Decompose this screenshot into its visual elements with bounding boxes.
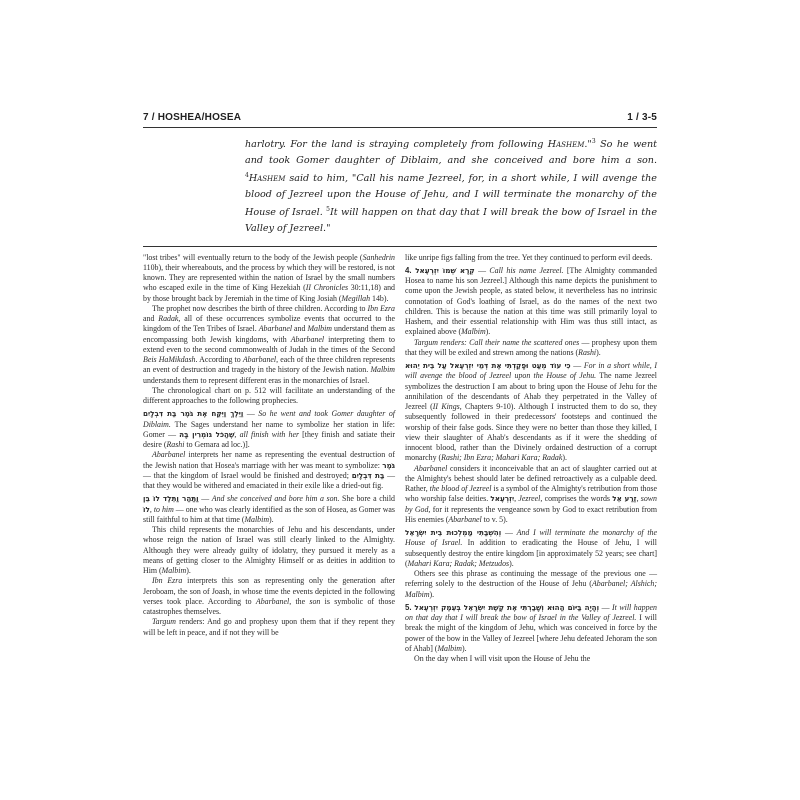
italic-text: Radak	[158, 314, 178, 323]
running-head: 7 / HOSHEA/HOSEA 1 / 3-5	[143, 112, 657, 128]
italic-text: Ibn Ezra	[368, 304, 395, 313]
divine-name: Hashem	[548, 139, 585, 150]
text-run: ).	[509, 559, 514, 568]
italic-text: Malbim	[437, 644, 462, 653]
text-run: יִזְרְעֶאל	[490, 494, 514, 503]
paragraph: Targum renders: And go and prophesy upon…	[143, 617, 395, 638]
text-run: —	[243, 409, 258, 418]
hebrew-lemma: קְרָא שְׁמוֹ יִזְרְעֶאל	[415, 266, 475, 275]
text-run: זֶרַע אֵל	[612, 494, 636, 503]
italic-text: Abarbanel	[152, 450, 185, 459]
text-run: ).	[562, 453, 567, 462]
text-run: 14b).	[370, 294, 388, 303]
text-run: and	[292, 324, 307, 333]
verse-text: harlotry. For the land is straying compl…	[245, 139, 548, 150]
text-run: , comprises the words	[540, 494, 612, 503]
running-head-right: 1 / 3-5	[627, 112, 657, 123]
italic-text: Abarbanel	[243, 355, 276, 364]
paragraph: Abarbanel interprets her name as represe…	[143, 450, 395, 491]
text-run: ).	[486, 327, 491, 336]
text-run: , the	[289, 597, 309, 606]
lemma-paragraph: וַתַּהַר וַתֵּלֶד לוֹ בֵּן — And she con…	[143, 494, 395, 525]
hebrew-lemma: וְהָיָה בַּיּוֹם הַהוּא וְשָׁבַרְתִּי אֶ…	[414, 603, 599, 612]
italic-text: Targum	[152, 617, 176, 626]
italic-text: all finish with her	[240, 430, 299, 439]
verse-text: ."	[584, 139, 591, 150]
lemma-paragraph: כִּי עוֹד מְעַט וּפָקַדְתִּי אֶת דְּמֵי …	[405, 361, 657, 464]
paragraph: like unripe figs falling from the tree. …	[405, 253, 657, 263]
paragraph: On the day when I will visit upon the Ho…	[405, 654, 657, 664]
commentary: "lost tribes" will eventually return to …	[143, 253, 657, 665]
text-run: like unripe figs falling from the tree. …	[405, 253, 652, 262]
verse-number: 4.	[405, 266, 415, 275]
running-head-left: 7 / HOSHEA/HOSEA	[143, 112, 241, 123]
paragraph: "lost tribes" will eventually return to …	[143, 253, 395, 304]
paragraph: Targum renders: Call their name the scat…	[405, 338, 657, 359]
text-run: . According to	[196, 355, 243, 364]
italic-text: Malbim	[370, 365, 395, 374]
italic-text: Malbim	[162, 566, 187, 575]
italic-text: Jezreel	[518, 494, 540, 503]
italic-text: Abarbanel	[448, 515, 481, 524]
text-run: , for it represents the vengeance sown b…	[405, 505, 657, 524]
italic-text: Malbim	[244, 515, 269, 524]
text-run: "lost tribes" will eventually return to …	[143, 253, 363, 262]
verse-translation: harlotry. For the land is straying compl…	[245, 134, 657, 237]
text-run: ).	[430, 590, 435, 599]
paragraph: Others see this phrase as continuing the…	[405, 569, 657, 600]
text-run: renders: And go and prophesy upon them t…	[143, 617, 395, 636]
italic-text: Abarbanel	[291, 335, 324, 344]
text-run: ).	[269, 515, 274, 524]
text-run: [The Almighty commanded Hosea to name hi…	[405, 266, 657, 337]
verse-number: 5.	[405, 603, 414, 612]
lemma-paragraph: 4. קְרָא שְׁמוֹ יִזְרְעֶאל — Call his na…	[405, 266, 657, 338]
paragraph: Abarbanel considers it inconceivable tha…	[405, 464, 657, 526]
text-run: — that the kingdom of Israel would be fi…	[143, 471, 352, 480]
italic-text: to him	[154, 505, 174, 514]
lemma-paragraph: וְהִשְׁבַּתִּי מַמְלְכוּת בֵּית יִשְׂרָא…	[405, 528, 657, 569]
lemma-paragraph: 5. וְהָיָה בַּיּוֹם הַהוּא וְשָׁבַרְתִּי…	[405, 603, 657, 654]
text-run: The prophet now describes the birth of t…	[152, 304, 368, 313]
italic-text: Abarbanel	[259, 324, 292, 333]
hebrew-lemma: וַיֵּלֶךְ וַיִּקַּח אֶת גֹּמֶר בַּת דִּב…	[143, 409, 243, 418]
italic-text: II Chronicles	[306, 283, 348, 292]
hebrew-lemma: וְהִשְׁבַּתִּי מַמְלְכוּת בֵּית יִשְׂרָא…	[405, 528, 501, 537]
text-run: —	[475, 266, 490, 275]
paragraph: The prophet now describes the birth of t…	[143, 304, 395, 386]
book-page: 7 / HOSHEA/HOSEA 1 / 3-5 harlotry. For t…	[143, 112, 657, 664]
text-run: and	[143, 314, 158, 323]
italic-text: Ibn Ezra	[152, 576, 182, 585]
text-run: She bore a child	[339, 494, 395, 503]
text-run: to v. 5).	[482, 515, 508, 524]
italic-text: son	[309, 597, 320, 606]
italic-text: Malbim	[307, 324, 332, 333]
hebrew-lemma: כִּי עוֹד מְעַט וּפָקַדְתִּי אֶת דְּמֵי …	[405, 361, 571, 370]
text-run: to Gemara ad loc.)].	[184, 440, 249, 449]
text-run: —	[571, 361, 584, 370]
paragraph: This child represents the monarchies of …	[143, 525, 395, 576]
divine-name: Hashem	[249, 173, 286, 184]
italic-text: Megillah	[342, 294, 371, 303]
text-run: —	[501, 528, 516, 537]
commentary-left-column: "lost tribes" will eventually return to …	[143, 253, 395, 665]
paragraph: Ibn Ezra interprets this son as represen…	[143, 576, 395, 617]
italic-text: Abarbanel	[256, 597, 289, 606]
text-run: On the day when I will visit upon the Ho…	[414, 654, 590, 663]
hebrew-lemma: וַתַּהַר וַתֵּלֶד לוֹ בֵּן	[143, 494, 199, 503]
italic-text: Abarbanel	[414, 464, 447, 473]
text-run: שֶׁהַכֹּל גּוֹמְרִין בָּהּ	[179, 430, 234, 439]
text-run: גֹּמֶר	[382, 461, 395, 470]
italic-text: Targum renders: Call their name the scat…	[414, 338, 579, 347]
italic-text: Rashi	[578, 348, 596, 357]
italic-text: Beis HaMikdash	[143, 355, 196, 364]
text-run: בַּת דִּבְלָיִם	[352, 471, 385, 480]
paragraph: The chronological chart on p. 512 will f…	[143, 386, 395, 407]
italic-text: II Kings	[433, 402, 460, 411]
italic-text: And she conceived and bore him a son.	[212, 494, 340, 503]
commentary-right-column: like unripe figs falling from the tree. …	[405, 253, 657, 665]
text-run: ).	[596, 348, 601, 357]
text-run: understands them to represent different …	[143, 376, 369, 385]
text-run: לוֹ	[143, 505, 150, 514]
divider	[143, 246, 657, 247]
italic-text: Call his name Jezreel.	[489, 266, 563, 275]
italic-text: the blood of Jezreel	[430, 484, 492, 493]
text-run: —	[599, 603, 612, 612]
text-run: —	[199, 494, 212, 503]
text-run: ).	[462, 644, 467, 653]
italic-text: Rashi; Ibn Ezra; Mahari Kara; Radak	[441, 453, 562, 462]
italic-text: Sanhedrin	[363, 253, 395, 262]
italic-text: Mahari Kara; Radak; Metzudos	[408, 559, 509, 568]
text-run: The chronological chart on p. 512 will f…	[143, 386, 395, 405]
lemma-paragraph: וַיֵּלֶךְ וַיִּקַּח אֶת גֹּמֶר בַּת דִּב…	[143, 409, 395, 450]
italic-text: Malbim	[461, 327, 486, 336]
text-run: ).	[186, 566, 191, 575]
italic-text: Rashi	[166, 440, 184, 449]
